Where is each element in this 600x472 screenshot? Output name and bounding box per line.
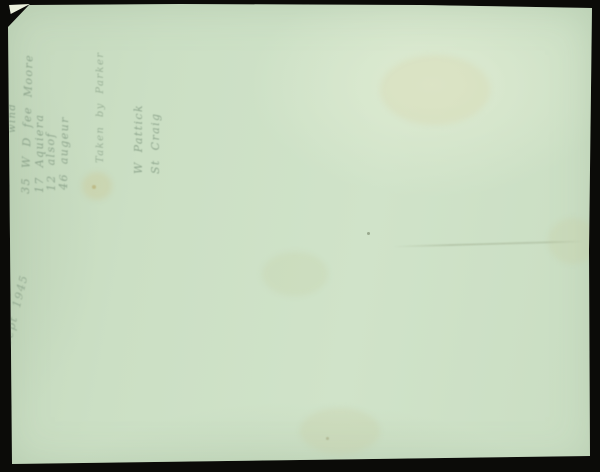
stain-bottom <box>300 408 380 454</box>
handwriting-date: Sept 1945 <box>0 273 31 348</box>
handwriting-name: W Pattick <box>132 104 146 174</box>
handwriting-taken-by: Taken by Parker <box>94 52 108 163</box>
dirt-speck <box>326 437 329 440</box>
dirt-speck <box>367 232 370 235</box>
photo-scan-background: wind 35 W D fee Moore 17 Aquiera 12 also… <box>0 0 600 472</box>
dirt-speck <box>92 185 96 189</box>
stain-left <box>82 172 112 200</box>
stain-center <box>262 252 328 296</box>
photograph-back-paper: wind 35 W D fee Moore 17 Aquiera 12 also… <box>0 0 600 472</box>
handwriting-name: St Craig <box>149 113 163 174</box>
handwriting-note: 46 augeur <box>57 116 72 190</box>
handwriting-note: wind <box>6 103 20 133</box>
stain-top-right <box>380 55 490 125</box>
